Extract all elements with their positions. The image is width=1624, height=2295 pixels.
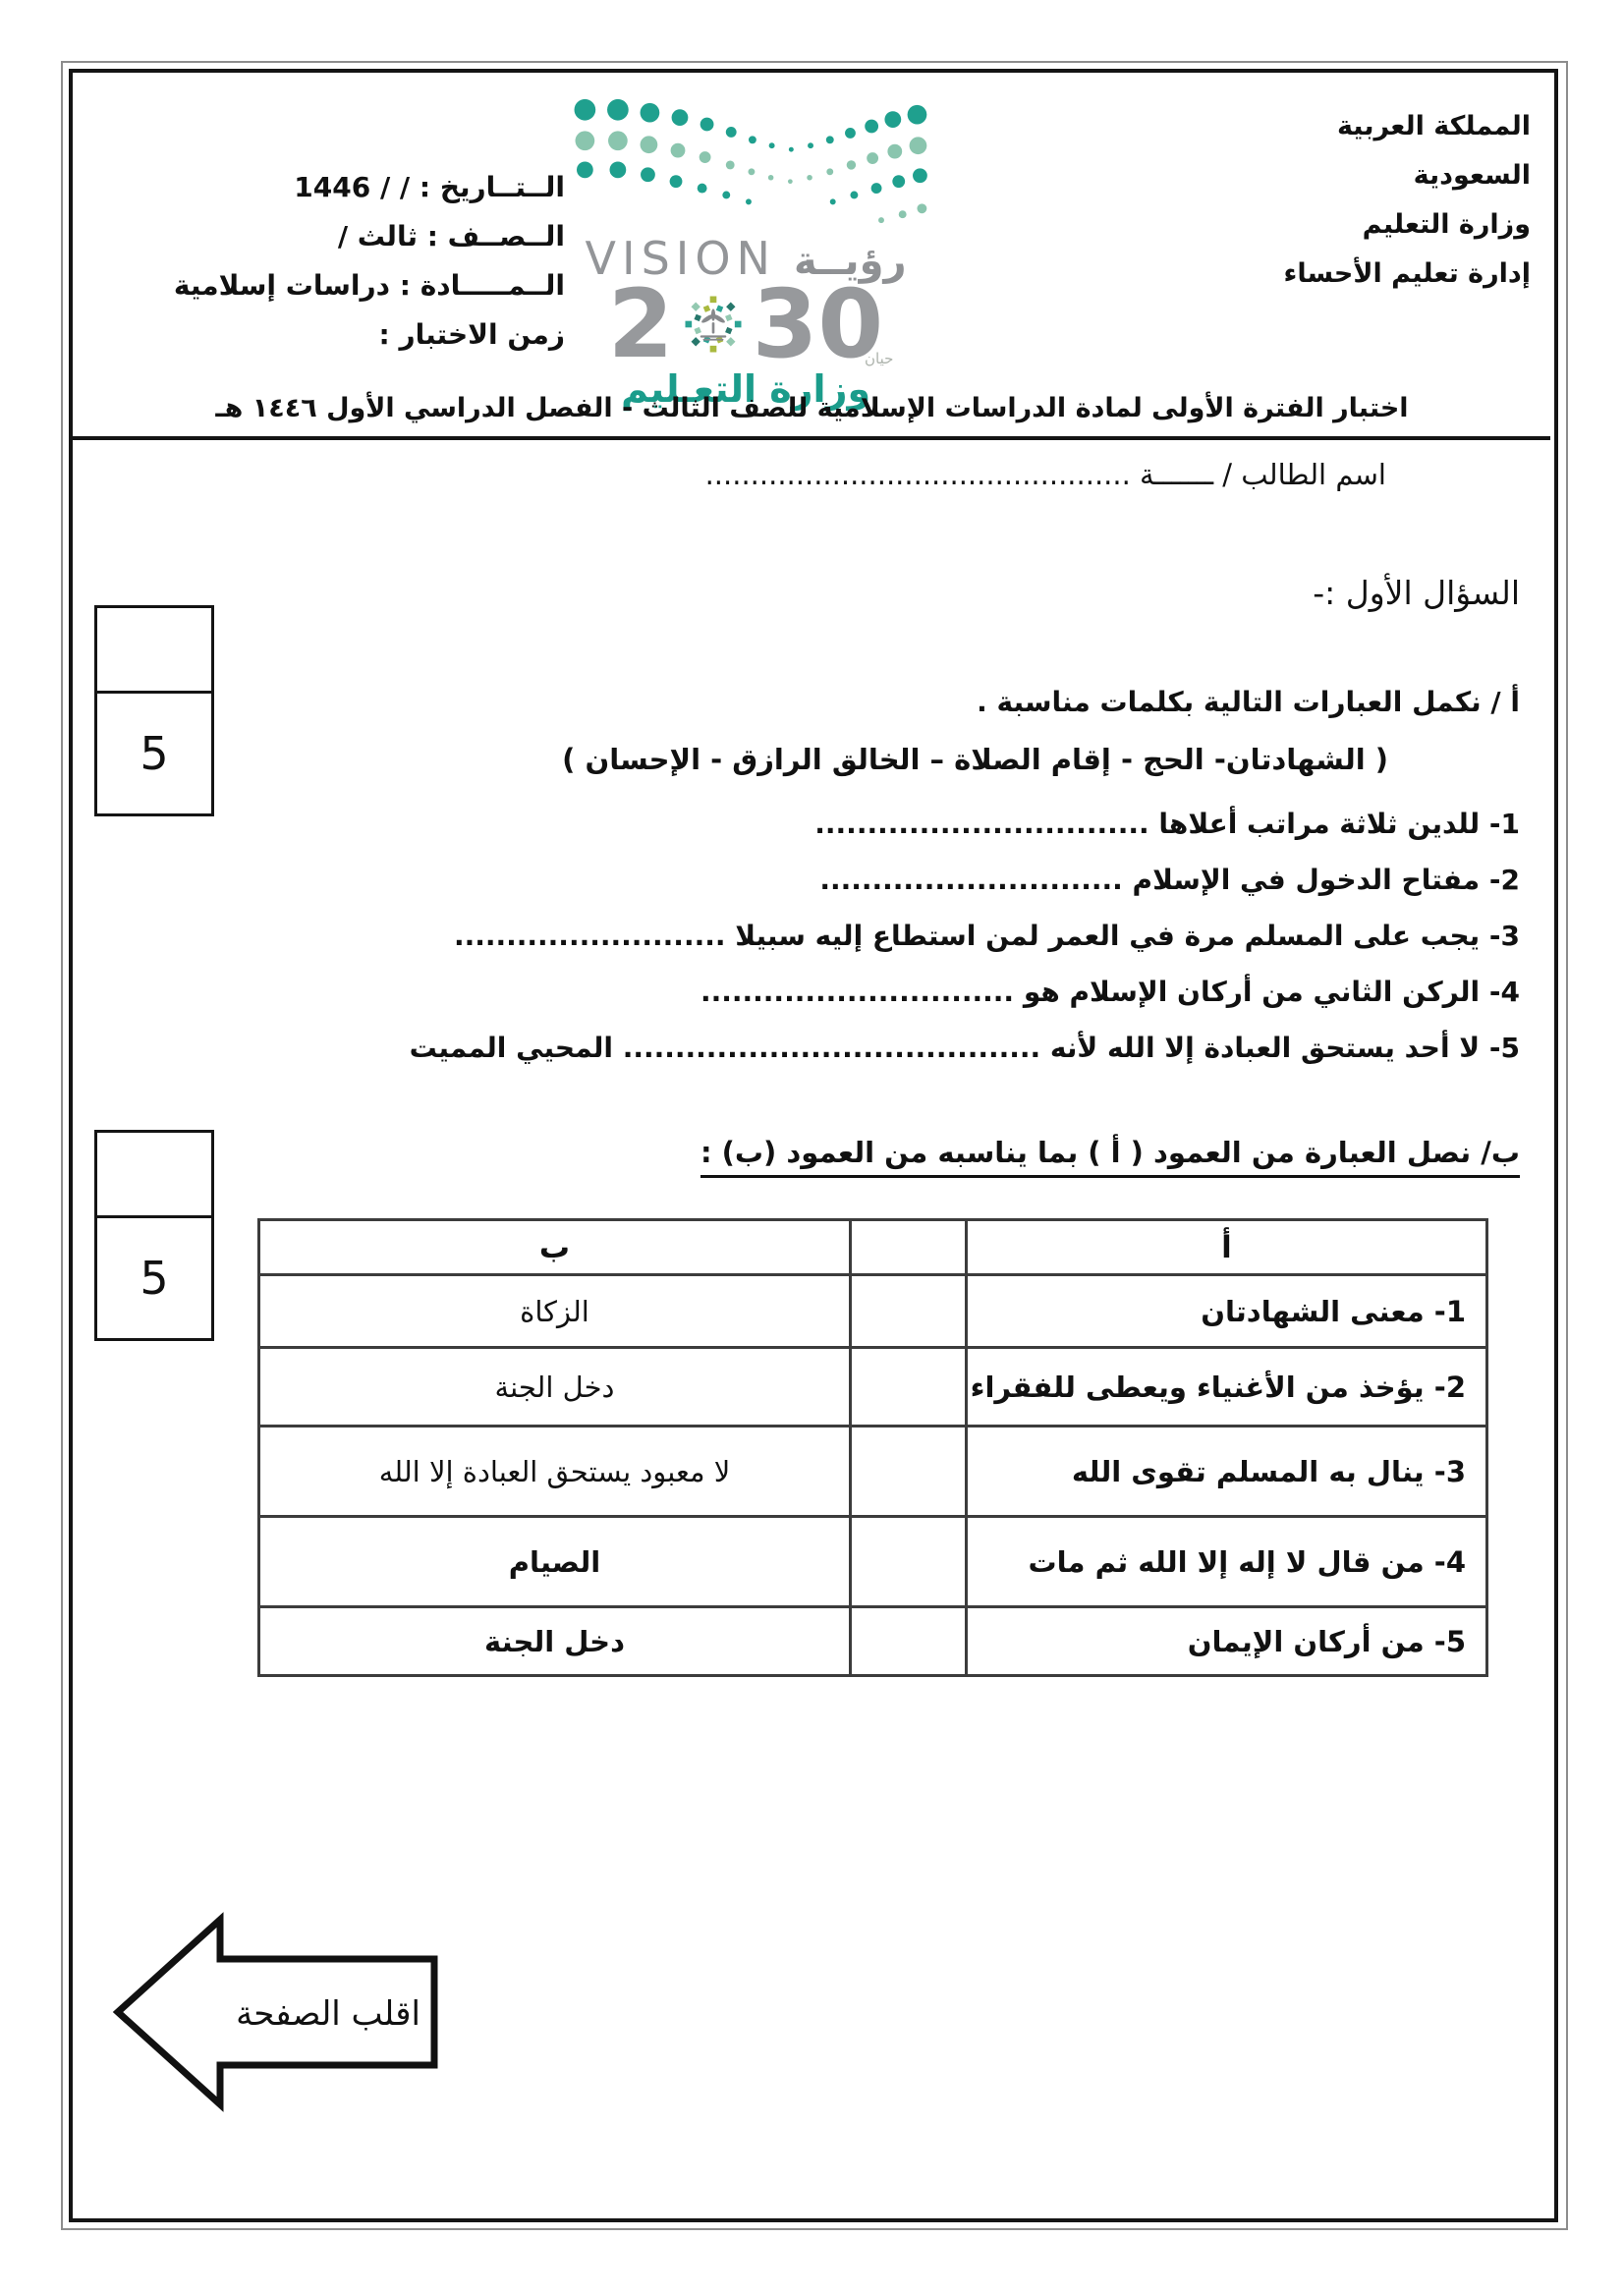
- student-name-line: اسم الطالب / ـــــــة ..................…: [705, 458, 1386, 491]
- word-bank: ( الشهادتان- الحج - إقام الصلاة – الخالق…: [562, 743, 1388, 776]
- date-line: الــتــاريخ : / / 1446: [103, 163, 565, 212]
- matching-table: أ ب 1- معنى الشهادتان الزكاة 2- يؤخذ من …: [257, 1218, 1488, 1677]
- part-b-instruction: ب/ نصل العبارة من العمود ( أ ) بما يناسب…: [700, 1136, 1520, 1178]
- kingdom-line2: السعودية: [1108, 151, 1531, 200]
- col-a-item-4: 4- من قال لا إله إلا الله ثم مات: [967, 1517, 1487, 1607]
- fill-blank-item-5: 5- لا أحد يستحق العبادة إلا الله لأنه ..…: [410, 1028, 1520, 1069]
- question-1-heading: السؤال الأول :-: [1313, 574, 1520, 612]
- ministry-line: وزارة التعليم: [1108, 200, 1531, 250]
- table-row: 1- معنى الشهادتان الزكاة: [259, 1275, 1487, 1348]
- flip-page-arrow: اقلب الصفحة: [110, 1902, 449, 2126]
- fill-blank-item-1: 1- للدين ثلاثة مراتب أعلاها ............…: [410, 804, 1520, 845]
- flip-page-label: اقلب الصفحة: [236, 1994, 420, 2034]
- fill-blank-item-3: 3- يجب على المسلم مرة في العمر لمن استطا…: [410, 916, 1520, 957]
- column-a-header: أ: [967, 1220, 1487, 1275]
- exam-title: اختبار الفترة الأولى لمادة الدراسات الإس…: [118, 393, 1506, 423]
- exam-time-line: زمن الاختبار :: [103, 310, 565, 360]
- fill-blank-item-4: 4- الركن الثاني من أركان الإسلام هو ....…: [410, 972, 1520, 1013]
- scan-watermark: حيان: [865, 350, 893, 367]
- answer-cell: [851, 1517, 967, 1607]
- column-b-header: ب: [259, 1220, 851, 1275]
- table-row: 4- من قال لا إله إلا الله ثم مات الصيام: [259, 1517, 1487, 1607]
- col-a-item-5: 5- من أركان الإيمان: [967, 1607, 1487, 1676]
- grade-line: الــصــف : ثالث /: [103, 212, 565, 261]
- palm-swords-glyph: [700, 308, 726, 340]
- middle-answer-column-header: [851, 1220, 967, 1275]
- col-b-item-1: الزكاة: [259, 1275, 851, 1348]
- col-b-item-4: الصيام: [259, 1517, 851, 1607]
- saudi-emblem-icon: [676, 287, 751, 362]
- vision-2030-dots-icon: [549, 92, 942, 228]
- table-row: 3- ينال به المسلم تقوى الله لا معبود يست…: [259, 1427, 1487, 1517]
- answer-cell: [851, 1275, 967, 1348]
- part-a-instruction: أ / نكمل العبارات التالية بكلمات مناسبة …: [977, 686, 1520, 718]
- col-b-item-5: دخل الجنة: [259, 1607, 851, 1676]
- left-block-arrow-icon: اقلب الصفحة: [110, 1902, 449, 2126]
- score-box-empty-cell: [97, 608, 211, 694]
- ministry-header-block: المملكة العربية السعودية وزارة التعليم إ…: [1108, 102, 1531, 299]
- table-row: 2- يؤخذ من الأغنياء ويعطى للفقراء دخل ال…: [259, 1348, 1487, 1427]
- exam-page: المملكة العربية السعودية وزارة التعليم إ…: [0, 0, 1624, 2295]
- answer-cell: [851, 1427, 967, 1517]
- col-b-item-2: دخل الجنة: [259, 1348, 851, 1427]
- answer-cell: [851, 1348, 967, 1427]
- fill-blank-item-2: 2- مفتاح الدخول في الإسلام .............…: [410, 860, 1520, 901]
- score-box-value: 5: [97, 694, 211, 813]
- education-admin-line: إدارة تعليم الأحساء: [1108, 250, 1531, 299]
- exam-meta-block: الــتــاريخ : / / 1446 الــصــف : ثالث /…: [103, 163, 565, 360]
- subject-line: الــمـــــادة : دراسات إسلامية: [103, 261, 565, 310]
- table-row: 5- من أركان الإيمان دخل الجنة: [259, 1607, 1487, 1676]
- fill-blank-items: 1- للدين ثلاثة مراتب أعلاها ............…: [410, 804, 1520, 1084]
- score-box-value: 5: [97, 1218, 211, 1338]
- col-b-item-3: لا معبود يستحق العبادة إلا الله: [259, 1427, 851, 1517]
- table-header-row: أ ب: [259, 1220, 1487, 1275]
- answer-cell: [851, 1607, 967, 1676]
- score-box-empty-cell: [97, 1133, 211, 1218]
- col-a-item-2: 2- يؤخذ من الأغنياء ويعطى للفقراء: [967, 1348, 1487, 1427]
- col-a-item-3: 3- ينال به المسلم تقوى الله: [967, 1427, 1487, 1517]
- score-box-part-a: 5: [94, 605, 214, 816]
- year-prefix-text: 2: [608, 275, 674, 373]
- col-b-item-3-text: لا معبود يستحق العبادة إلا الله: [379, 1453, 731, 1490]
- col-a-item-1: 1- معنى الشهادتان: [967, 1275, 1487, 1348]
- kingdom-line: المملكة العربية: [1108, 102, 1531, 151]
- header-divider-rule: [73, 436, 1550, 440]
- score-box-part-b: 5: [94, 1130, 214, 1341]
